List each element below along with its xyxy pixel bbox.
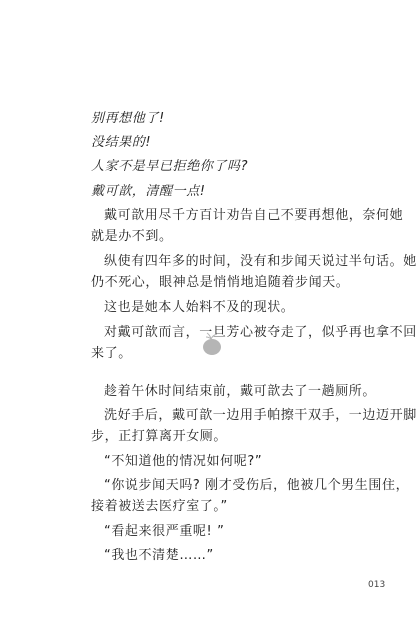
paragraph-line: 来了。: [91, 342, 132, 361]
dialogue-line: “看起来很严重呢! ”: [104, 520, 224, 539]
inner-thought: 人家不是早已拒绝你了吗?: [91, 155, 248, 174]
paragraph-line: 仍不死心，眼神总是悄悄地追随着步闻天。: [91, 271, 349, 290]
dialogue-line: 接着被送去医疗室了。”: [91, 495, 228, 514]
inner-thought: 别再想他了!: [91, 107, 165, 126]
page-number: 013: [368, 580, 385, 590]
book-page: 别再想他了! 没结果的! 人家不是早已拒绝你了吗? 戴可歆，清醒一点! 戴可歆用…: [0, 0, 420, 630]
dialogue-line: “你说步闻天吗? 刚才受伤后，他被几个男生围住，: [104, 474, 409, 493]
paragraph-line: 纵使有四年多的时间，没有和步闻天说过半句话。她: [104, 250, 417, 269]
paragraph-line: 戴可歆用尽千方百计劝告自己不要再想他，奈何她: [104, 204, 403, 223]
sprouting-bean-icon: [201, 330, 223, 356]
paragraph-line: 趁着午休时间结束前，戴可歆去了一趟厕所。: [104, 380, 376, 399]
dialogue-line: “不知道他的情况如何呢?”: [104, 450, 262, 469]
paragraph-line: 就是办不到。: [91, 225, 173, 244]
paragraph-line: 对戴可歆而言，一旦芳心被夺走了，似乎再也拿不回: [104, 321, 417, 340]
paragraph-line: 洗好手后，戴可歆一边用手帕擦干双手，一边迈开脚: [104, 404, 417, 423]
paragraph-line: 这也是她本人始料不及的现状。: [104, 296, 294, 315]
inner-thought: 戴可歆，清醒一点!: [91, 180, 206, 199]
dialogue-line: “我也不清楚……”: [104, 544, 214, 563]
paragraph-line: 步，正打算离开女厕。: [91, 425, 227, 444]
inner-thought: 没结果的!: [91, 131, 151, 150]
